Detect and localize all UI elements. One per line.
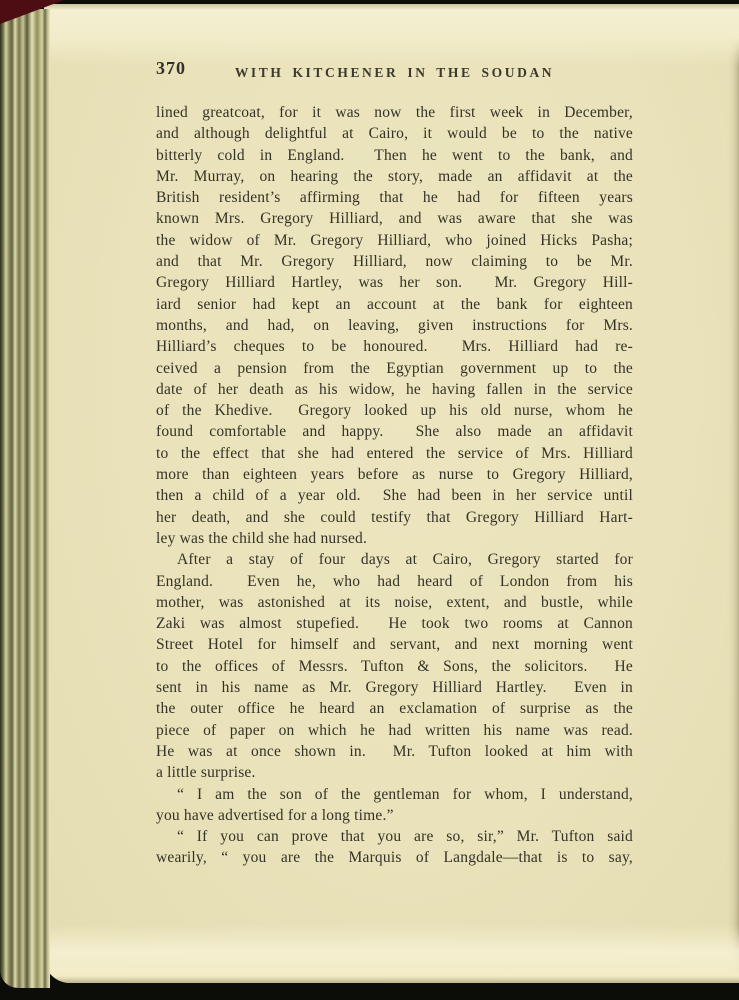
text-line: Gregory Hilliard Hartley, was her son. M… — [156, 272, 633, 293]
body-text: lined greatcoat, for it was now the firs… — [156, 102, 633, 869]
text-line: “ If you can prove that you are so, sir,… — [156, 826, 633, 847]
text-line: to the offices of Messrs. Tufton & Sons,… — [156, 656, 633, 677]
text-line: He was at once shown in. Mr. Tufton look… — [156, 741, 633, 762]
text-line: piece of paper on which he had written h… — [156, 720, 633, 741]
page-header: 370 WITH KITCHENER IN THE SOUDAN — [156, 60, 633, 86]
page-number: 370 — [156, 58, 186, 79]
text-line: the outer office he heard an exclamation… — [156, 698, 633, 719]
text-line: of the Khedive. Gregory looked up his ol… — [156, 400, 633, 421]
text-line: ceived a pension from the Egyptian gover… — [156, 358, 633, 379]
text-line: found comfortable and happy. She also ma… — [156, 421, 633, 442]
text-line: iard senior had kept an account at the b… — [156, 294, 633, 315]
text-line: bitterly cold in England. Then he went t… — [156, 145, 633, 166]
text-line: months, and had, on leaving, given instr… — [156, 315, 633, 336]
text-line: and that Mr. Gregory Hilliard, now claim… — [156, 251, 633, 272]
text-line: England. Even he, who had heard of Londo… — [156, 571, 633, 592]
text-line: After a stay of four days at Cairo, Greg… — [156, 549, 633, 570]
text-line: a little surprise. — [156, 762, 633, 783]
text-line: then a child of a year old. She had been… — [156, 485, 633, 506]
text-line: and although delightful at Cairo, it wou… — [156, 123, 633, 144]
text-line: Hilliard’s cheques to be honoured. Mrs. … — [156, 336, 633, 357]
text-line: known Mrs. Gregory Hilliard, and was awa… — [156, 208, 633, 229]
text-line: mother, was astonished at its noise, ext… — [156, 592, 633, 613]
book-scan: 370 WITH KITCHENER IN THE SOUDAN lined g… — [0, 0, 739, 1000]
text-line: Zaki was almost stupefied. He took two r… — [156, 613, 633, 634]
text-line: wearily, “ you are the Marquis of Langda… — [156, 847, 633, 868]
page-bottom-edge — [44, 925, 739, 983]
text-line: sent in his name as Mr. Gregory Hilliard… — [156, 677, 633, 698]
text-line: date of her death as his widow, he havin… — [156, 379, 633, 400]
text-line: lined greatcoat, for it was now the firs… — [156, 102, 633, 123]
page-content: 370 WITH KITCHENER IN THE SOUDAN lined g… — [156, 60, 633, 869]
running-title: WITH KITCHENER IN THE SOUDAN — [156, 60, 633, 81]
text-line: more than eighteen years before as nurse… — [156, 464, 633, 485]
text-line: the widow of Mr. Gregory Hilliard, who j… — [156, 230, 633, 251]
book-page-edges — [0, 9, 50, 988]
page-top-edge — [44, 4, 739, 66]
text-line: to the effect that she had entered the s… — [156, 443, 633, 464]
text-line: “ I am the son of the gentleman for whom… — [156, 784, 633, 805]
book-page: 370 WITH KITCHENER IN THE SOUDAN lined g… — [44, 4, 739, 983]
text-line: you have advertised for a long time.” — [156, 805, 633, 826]
text-line: Mr. Murray, on hearing the story, made a… — [156, 166, 633, 187]
text-line: British resident’s affirming that he had… — [156, 187, 633, 208]
text-line: ley was the child she had nursed. — [156, 528, 633, 549]
text-line: Street Hotel for himself and servant, an… — [156, 634, 633, 655]
text-line: her death, and she could testify that Gr… — [156, 507, 633, 528]
